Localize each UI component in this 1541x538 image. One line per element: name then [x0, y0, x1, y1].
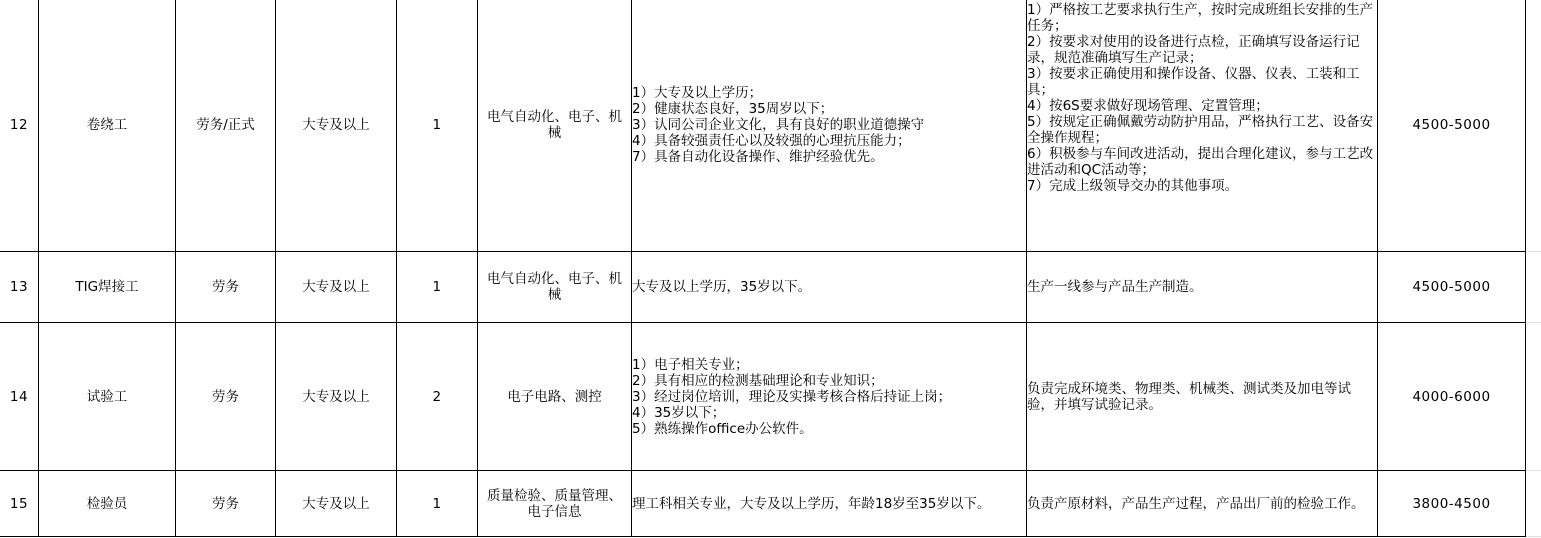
cell-count[interactable]: 1 — [397, 471, 478, 537]
cell-count[interactable]: 2 — [397, 323, 478, 471]
table-row: 12 卷绕工 劳务/正式 大专及以上 1 电气自动化、电子、机械 1）大专及以上… — [0, 0, 1526, 252]
requirement-line: 4）35岁以下； — [632, 405, 1026, 421]
table-row: 14 试验工 劳务 大专及以上 2 电子电路、测控 1）电子相关专业； 2）具有… — [0, 323, 1526, 471]
empty-gridlines — [1526, 0, 1541, 538]
duty-line: 6）积极参与车间改进活动，提出合理化建议，参与工艺改进活动和QC活动等； — [1027, 146, 1377, 178]
cell-no[interactable]: 15 — [0, 471, 39, 537]
cell-employment-type[interactable]: 劳务 — [176, 323, 276, 471]
requirement-line: 2）具有相应的检测基础理论和专业知识； — [632, 373, 1026, 389]
cell-salary[interactable]: 4000-6000 — [1378, 323, 1526, 471]
requirement-line: 理工科相关专业，大专及以上学历，年龄18岁至35岁以下。 — [632, 496, 1026, 512]
duty-line: 负责产原材料，产品生产过程，产品出厂前的检验工作。 — [1027, 496, 1377, 512]
requirement-line: 3）认同公司企业文化，具有良好的职业道德操守 — [632, 117, 1026, 133]
cell-count[interactable]: 1 — [397, 0, 478, 252]
requirement-line: 1）大专及以上学历； — [632, 85, 1026, 101]
cell-position[interactable]: 检验员 — [39, 471, 176, 537]
cell-requirements[interactable]: 1）电子相关专业； 2）具有相应的检测基础理论和专业知识； 3）经过岗位培训，理… — [632, 323, 1027, 471]
requirement-line: 1）电子相关专业； — [632, 357, 1026, 373]
cell-no[interactable]: 13 — [0, 252, 39, 323]
cell-employment-type[interactable]: 劳务 — [176, 471, 276, 537]
requirement-line: 2）健康状态良好，35周岁以下； — [632, 101, 1026, 117]
duty-line: 5）按规定正确佩戴劳动防护用品，严格执行工艺、设备安全操作规程； — [1027, 114, 1377, 146]
cell-education[interactable]: 大专及以上 — [276, 252, 397, 323]
cell-education[interactable]: 大专及以上 — [276, 471, 397, 537]
duty-line: 1）严格按工艺要求执行生产，按时完成班组长安排的生产任务； — [1027, 2, 1377, 34]
cell-requirements[interactable]: 大专及以上学历，35岁以下。 — [632, 252, 1027, 323]
cell-position[interactable]: 试验工 — [39, 323, 176, 471]
cell-education[interactable]: 大专及以上 — [276, 0, 397, 252]
cell-major[interactable]: 电子电路、测控 — [478, 323, 632, 471]
table-row: 13 TIG焊接工 劳务 大专及以上 1 电气自动化、电子、机械 大专及以上学历… — [0, 252, 1526, 323]
cell-duties[interactable]: 负责完成环境类、物理类、机械类、测试类及加电等试验，并填写试验记录。 — [1027, 323, 1378, 471]
cell-salary[interactable]: 4500-5000 — [1378, 252, 1526, 323]
requirement-line: 5）熟练操作office办公软件。 — [632, 421, 1026, 437]
cell-no[interactable]: 14 — [0, 323, 39, 471]
table-row: 15 检验员 劳务 大专及以上 1 质量检验、质量管理、电子信息 理工科相关专业… — [0, 471, 1526, 537]
duty-line: 2）按要求对使用的设备进行点检，正确填写设备运行记录，规范准确填写生产记录； — [1027, 34, 1377, 66]
cell-requirements[interactable]: 1）大专及以上学历； 2）健康状态良好，35周岁以下； 3）认同公司企业文化，具… — [632, 0, 1027, 252]
cell-position[interactable]: 卷绕工 — [39, 0, 176, 252]
cell-employment-type[interactable]: 劳务/正式 — [176, 0, 276, 252]
cell-education[interactable]: 大专及以上 — [276, 323, 397, 471]
cell-major[interactable]: 电气自动化、电子、机械 — [478, 0, 632, 252]
cell-position[interactable]: TIG焊接工 — [39, 252, 176, 323]
duty-line: 生产一线参与产品生产制造。 — [1027, 279, 1377, 295]
duty-line: 7）完成上级领导交办的其他事项。 — [1027, 178, 1377, 194]
cell-duties[interactable]: 生产一线参与产品生产制造。 — [1027, 252, 1378, 323]
requirement-line: 3）经过岗位培训，理论及实操考核合格后持证上岗； — [632, 389, 1026, 405]
cell-employment-type[interactable]: 劳务 — [176, 252, 276, 323]
cell-no[interactable]: 12 — [0, 0, 39, 252]
duty-line: 负责完成环境类、物理类、机械类、测试类及加电等试验，并填写试验记录。 — [1027, 381, 1377, 413]
cell-duties[interactable]: 1）严格按工艺要求执行生产，按时完成班组长安排的生产任务； 2）按要求对使用的设… — [1027, 0, 1378, 252]
spreadsheet-view: 12 卷绕工 劳务/正式 大专及以上 1 电气自动化、电子、机械 1）大专及以上… — [0, 0, 1541, 538]
job-listing-table: 12 卷绕工 劳务/正式 大专及以上 1 电气自动化、电子、机械 1）大专及以上… — [0, 0, 1526, 537]
cell-requirements[interactable]: 理工科相关专业，大专及以上学历，年龄18岁至35岁以下。 — [632, 471, 1027, 537]
cell-major[interactable]: 电气自动化、电子、机械 — [478, 252, 632, 323]
requirement-line: 4）具备较强责任心以及较强的心理抗压能力； — [632, 133, 1026, 149]
cell-salary[interactable]: 4500-5000 — [1378, 0, 1526, 252]
cell-count[interactable]: 1 — [397, 252, 478, 323]
cell-duties[interactable]: 负责产原材料，产品生产过程，产品出厂前的检验工作。 — [1027, 471, 1378, 537]
cell-major[interactable]: 质量检验、质量管理、电子信息 — [478, 471, 632, 537]
duty-line: 3）按要求正确使用和操作设备、仪器、仪表、工装和工具； — [1027, 66, 1377, 98]
cell-salary[interactable]: 3800-4500 — [1378, 471, 1526, 537]
duty-line: 4）按6S要求做好现场管理、定置管理； — [1027, 98, 1377, 114]
requirement-line: 7）具备自动化设备操作、维护经验优先。 — [632, 149, 1026, 165]
requirement-line: 大专及以上学历，35岁以下。 — [632, 279, 1026, 295]
